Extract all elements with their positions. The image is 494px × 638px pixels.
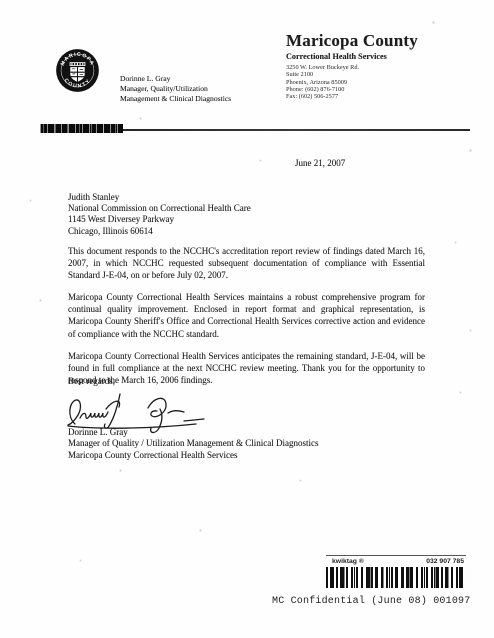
signature-block: Best regards, Dorinne L. Gray Manager of… <box>68 376 318 461</box>
org-address-line: 3250 W. Lower Buckeye Rd. <box>286 64 476 71</box>
signer-title: Manager of Quality / Utilization Managem… <box>68 438 318 449</box>
org-address-line: Phoenix, Arizona 85009 <box>286 79 476 86</box>
kwiktag-brand: kwiktag ® <box>332 558 364 565</box>
closing-text: Best regards, <box>68 376 318 387</box>
recipient-line: 1145 West Diversey Parkway <box>68 214 251 225</box>
letterhead-contact-block: Dorinne L. Gray Manager, Quality/Utiliza… <box>120 74 231 105</box>
signer-org: Maricopa County Correctional Health Serv… <box>68 450 318 461</box>
recipient-address-block: Judith Stanley National Commission on Co… <box>68 192 251 237</box>
contact-title-line1: Manager, Quality/Utilization <box>120 84 231 94</box>
barcode-icon <box>326 567 466 588</box>
scan-smudge-mark <box>40 124 123 133</box>
letterhead-org-block: Maricopa County Correctional Health Serv… <box>286 31 476 100</box>
recipient-line: Judith Stanley <box>68 192 251 203</box>
signer-name: Dorinne L. Gray <box>68 427 318 438</box>
org-address-line: Fax: (602) 506-2577 <box>286 93 476 100</box>
org-department: Correctional Health Services <box>286 52 476 61</box>
org-name: Maricopa County <box>286 31 476 51</box>
org-address-line: Suite 2100 <box>286 71 476 78</box>
recipient-line: National Commission on Correctional Heal… <box>68 203 251 214</box>
confidential-stamp: MC Confidential (June 08) 001097 <box>272 596 470 607</box>
scan-noise <box>0 0 1 1</box>
kwiktag-number: 032 907 785 <box>426 558 464 565</box>
kwiktag-label: kwiktag ® 032 907 785 <box>326 555 466 588</box>
maricopa-county-seal-icon: MARICOPA COUNTY <box>55 48 100 93</box>
body-paragraph: This document responds to the NCCHC's ac… <box>68 245 425 281</box>
org-address: 3250 W. Lower Buckeye Rd. Suite 2100 Pho… <box>286 64 476 100</box>
recipient-line: Chicago, Illinois 60614 <box>68 226 251 237</box>
scanned-letter-page: MARICOPA COUNTY Dorinne L. Gray Manager,… <box>0 0 494 638</box>
contact-title-line2: Management & Clinical Diagnostics <box>120 94 231 104</box>
org-address-line: Phone: (602) 876-7100 <box>286 86 476 93</box>
body-paragraph: Maricopa County Correctional Health Serv… <box>68 291 425 339</box>
contact-name: Dorinne L. Gray <box>120 74 231 84</box>
letter-body: This document responds to the NCCHC's ac… <box>68 245 425 396</box>
letter-date: June 21, 2007 <box>295 158 345 168</box>
